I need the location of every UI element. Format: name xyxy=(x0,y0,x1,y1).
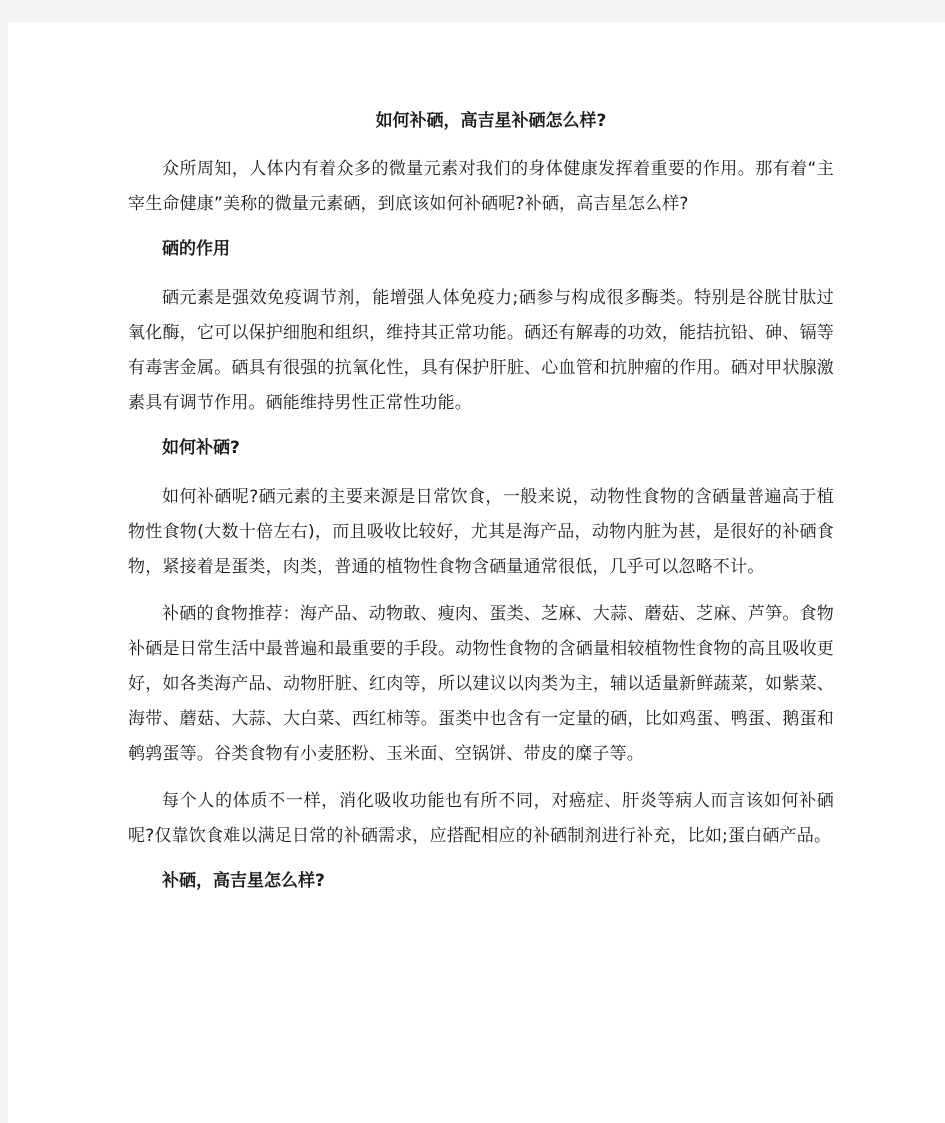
document-content: 如何补硒，高吉星补硒怎么样? 众所周知，人体内有着众多的微量元素对我们的身体健康… xyxy=(128,106,834,913)
paragraph-dietary-sources: 如何补硒呢?硒元素的主要来源是日常饮食，一般来说，动物性食物的含硒量普遍高于植物… xyxy=(128,480,834,585)
paragraph-supplement-products: 每个人的体质不一样，消化吸收功能也有所不同，对癌症、肝炎等病人而言该如何补硒呢?… xyxy=(128,784,834,854)
paragraph-intro: 众所周知，人体内有着众多的微量元素对我们的身体健康发挥着重要的作用。那有着“主宰… xyxy=(128,152,834,222)
document-title: 如何补硒，高吉星补硒怎么样? xyxy=(128,106,834,136)
paragraph-selenium-function: 硒元素是强效免疫调节剂，能增强人体免疫力;硒参与构成很多酶类。特别是谷胱甘肽过氧… xyxy=(128,281,834,421)
heading-selenium-function: 硒的作用 xyxy=(128,234,834,264)
document-page: 如何补硒，高吉星补硒怎么样? 众所周知，人体内有着众多的微量元素对我们的身体健康… xyxy=(8,22,945,1123)
heading-how-to-supplement: 如何补硒? xyxy=(128,433,834,463)
paragraph-food-recommendations: 补硒的食物推荐：海产品、动物敢、瘦肉、蛋类、芝麻、大蒜、蘑菇、芝麻、芦笋。食物补… xyxy=(128,597,834,772)
heading-gaojixing-review: 补硒，高吉星怎么样? xyxy=(128,866,834,896)
